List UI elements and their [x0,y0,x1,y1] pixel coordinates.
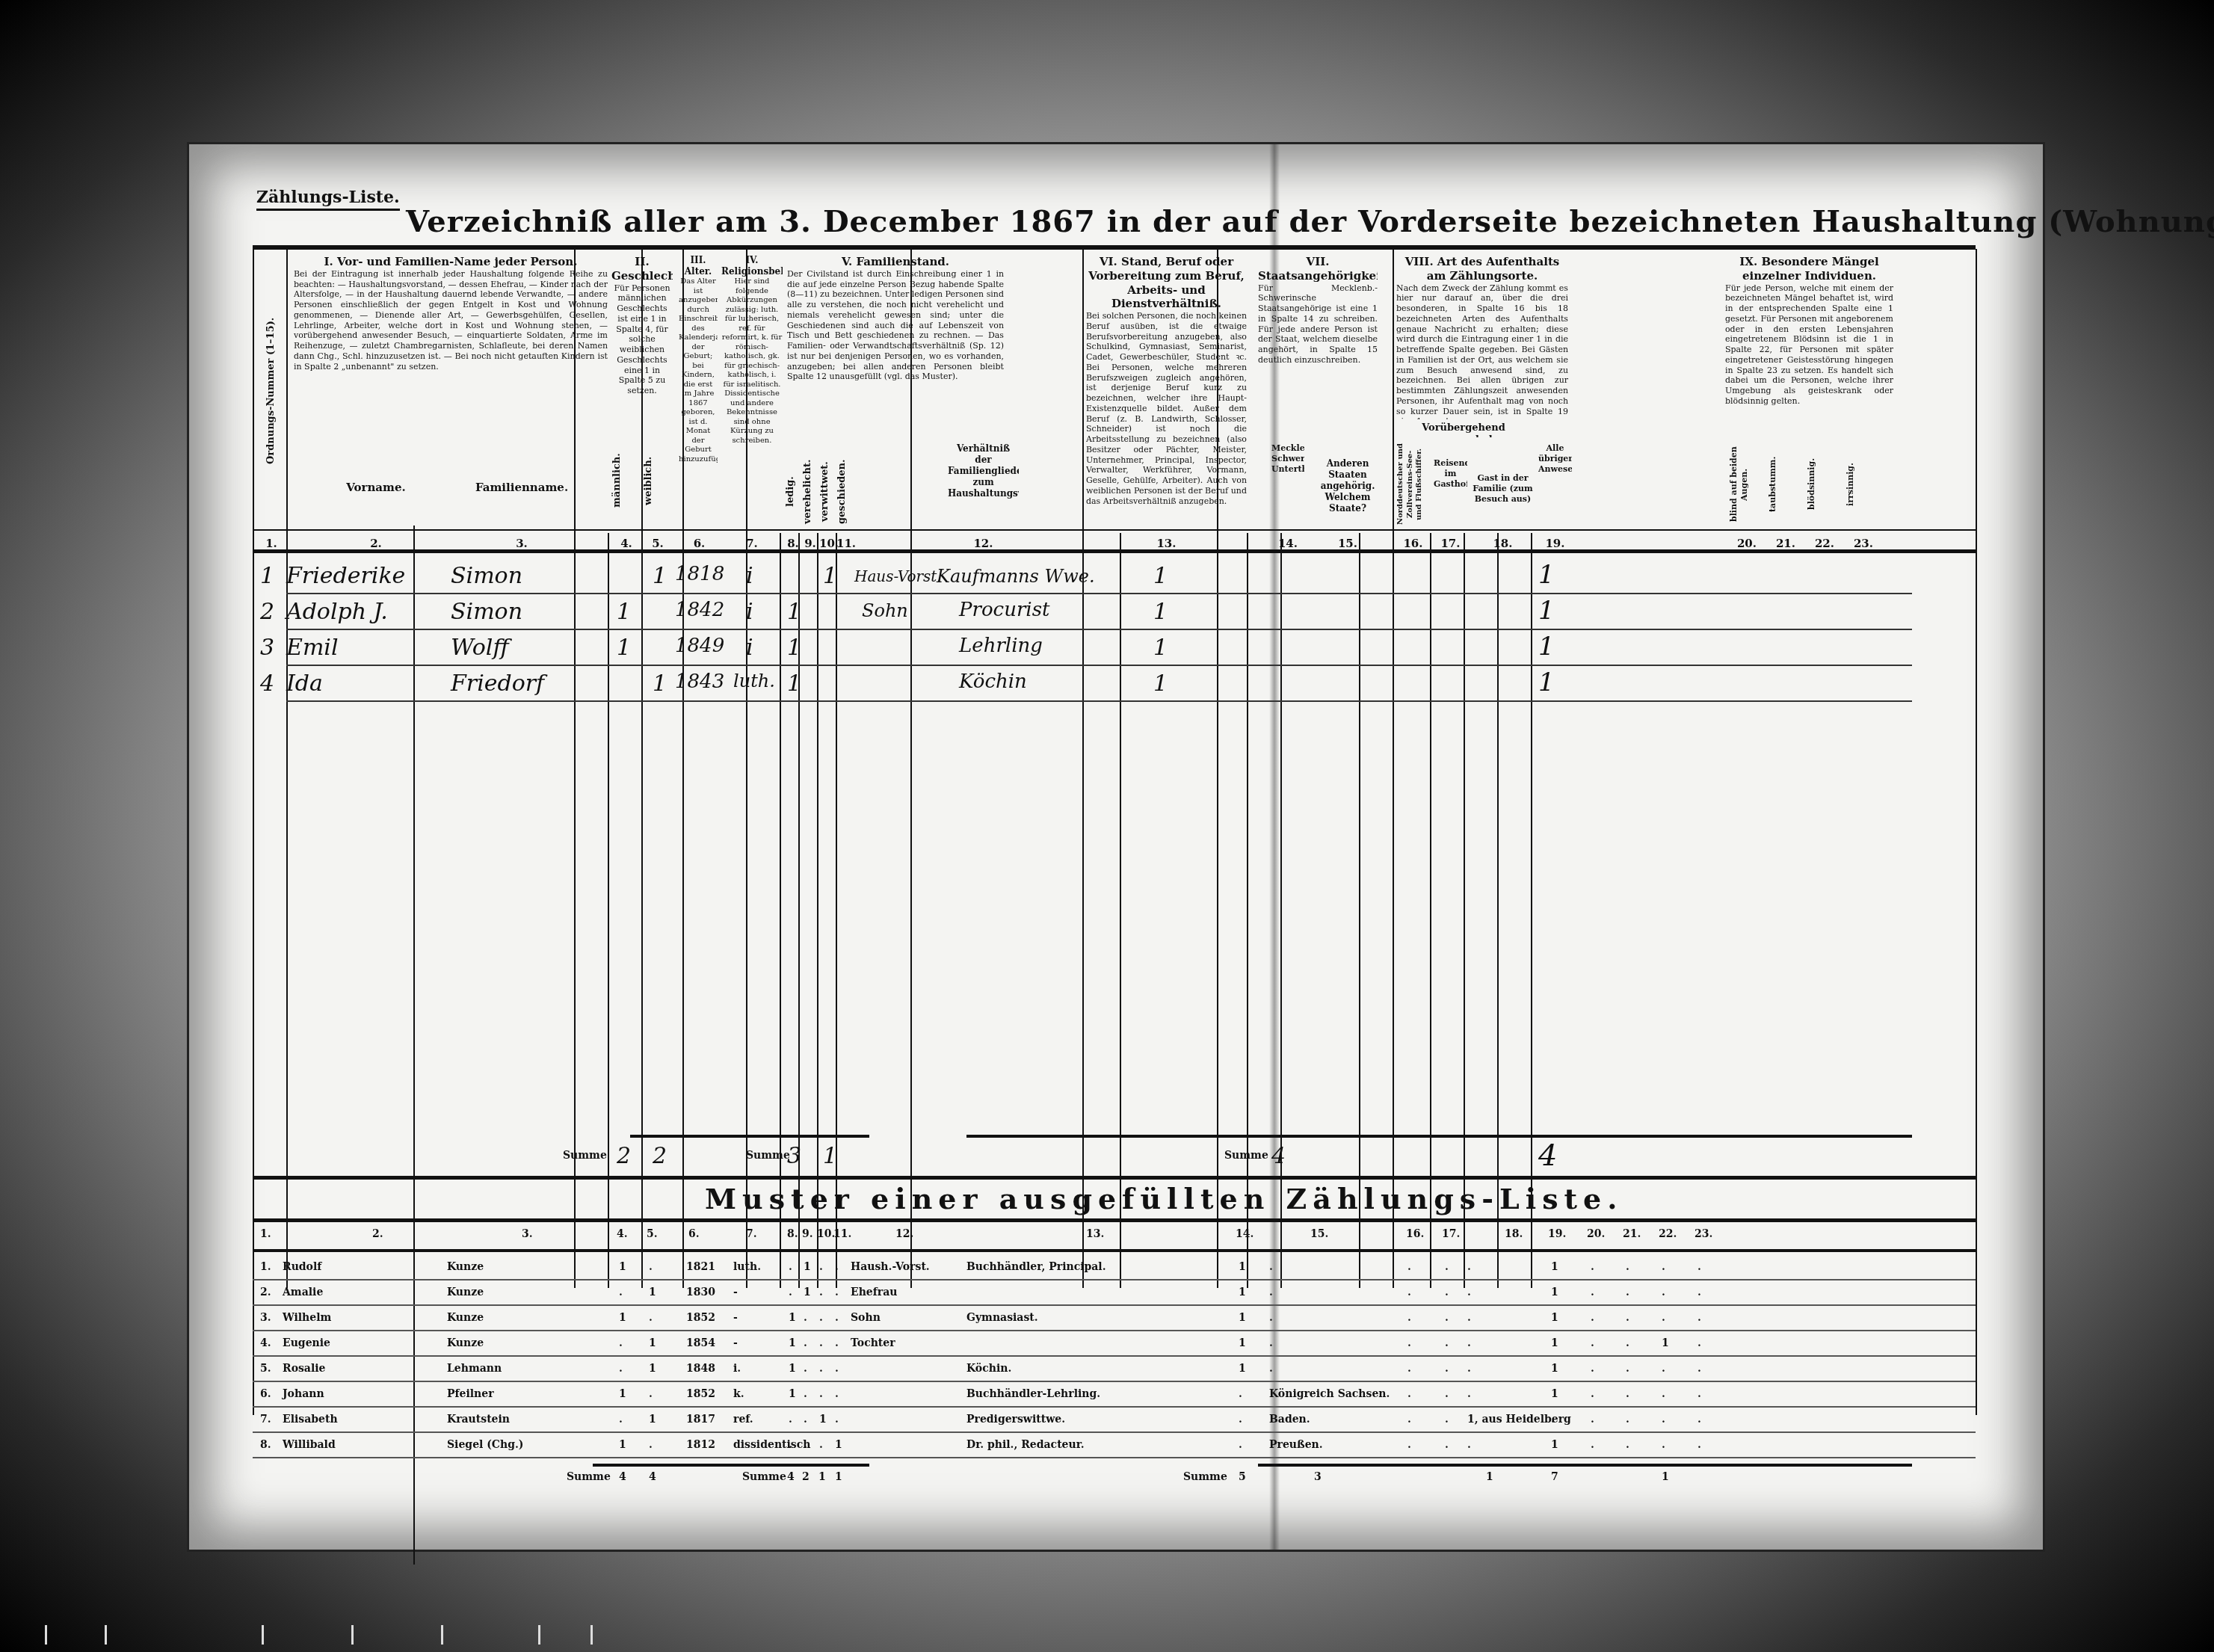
section-vi-text: Bei solchen Personen, die noch keinen Be… [1086,311,1247,506]
muster-total-w: 4 [649,1471,656,1483]
entry-familienname: Simon [451,599,522,625]
muster-cell-c8: 1 [789,1312,796,1324]
muster-cell-c9: . [804,1337,807,1349]
muster-cell-c16: . [1407,1312,1411,1324]
muster-cell-c15: Baden. [1269,1414,1310,1426]
colnum-10: 10. [819,537,836,550]
section-i-text: Bei der Eintragung ist innerhalb jeder H… [294,269,608,372]
section-i-title: I. Vor- und Familien-Name jeder Person. [294,255,608,269]
entry-ledig: 1 [787,671,801,697]
colnum-9: 9. [802,537,818,550]
muster-colnum-12: 12. [895,1228,913,1240]
colnum-16: 16. [1396,537,1430,550]
entry-beruf: Kaufmanns Wwe. [937,566,1095,587]
muster-cell-c13: Gymnasiast. [966,1312,1038,1324]
muster-cell-c8: . [789,1286,792,1298]
entry-religion: i [746,635,753,661]
muster-cell-c10: . [819,1337,823,1349]
entry-nr: 2 [260,599,274,625]
muster-cell-c8: . [789,1439,792,1451]
muster-cell-c9: . [804,1363,807,1375]
muster-cell-c20: . [1591,1388,1594,1400]
entry-geburt: 1843 [675,671,724,693]
muster-cell-c21: . [1626,1286,1629,1298]
entry-verwitwet: 1 [823,563,837,589]
muster-cell-religion: - [733,1286,738,1298]
muster-cell-c23: . [1697,1439,1701,1451]
subcol-mecklenburg: Mecklenburg-Schwerinscher Unterthan. [1271,443,1304,474]
muster-cell-familienname: Pfeilner [447,1388,494,1400]
muster-total-c22: 1 [1662,1471,1669,1483]
muster-cell-c18: . [1467,1388,1471,1400]
colnum-11: 11. [836,537,853,550]
muster-cell-c20: . [1591,1261,1594,1273]
entry-ledig: 1 [787,635,801,661]
subcol-verehelicht: verehelicht. [802,458,818,526]
entry-nr: 1 [260,563,274,589]
muster-cell-c9: 1 [804,1261,811,1273]
colnum-8: 8. [785,537,801,550]
muster-cell-c23: . [1697,1363,1701,1375]
section-viii-header: VIII. Art des Aufenthalts am Zählungsort… [1396,255,1568,419]
voruebergehend-subheader: Vorübergehend anwesend als: [1396,422,1531,437]
muster-total-m: 4 [619,1471,626,1483]
colnum-12: 12. [948,537,1019,550]
muster-cell-religion: - [733,1337,738,1349]
subcol-ledig: ledig. [785,458,801,526]
muster-cell-c9: . [804,1312,807,1324]
muster-cell-c14: 1 [1239,1261,1246,1273]
muster-cell-c16: . [1407,1414,1411,1426]
muster-cell-geburt: 1852 [686,1388,715,1400]
census-form-page: Zählungs-Liste. Verzeichniß aller am 3. … [187,142,2045,1552]
muster-cell-geburt: 1821 [686,1261,715,1273]
total-ledig: 3 [787,1143,801,1169]
entry-geburt: 1849 [675,635,724,657]
muster-colnum-6: 6. [688,1228,700,1240]
muster-cell-c19: . [1551,1414,1555,1426]
total-maennlich: 2 [617,1143,631,1169]
muster-cell-c18: . [1467,1363,1471,1375]
entry-meckl: 1 [1153,563,1168,589]
muster-cell-c17: . [1445,1312,1449,1324]
ordnungs-nummer-header: Ordnungs-Nummer (1–15). [256,256,286,526]
muster-cell-vorname: Willibald [283,1439,336,1451]
muster-total-c15: 3 [1314,1471,1322,1483]
muster-total-c19: 7 [1551,1471,1558,1483]
muster-cell-geburt: 1817 [686,1414,715,1426]
muster-total-c10: 1 [818,1471,826,1483]
muster-cell-vorname: Johann [283,1388,324,1400]
muster-cell-c17: . [1445,1337,1449,1349]
muster-cell-vorname: Amalie [283,1286,323,1298]
muster-title: Muster einer ausgefüllten Zählungs-Liste… [705,1182,1623,1215]
muster-cell-c10: . [819,1439,823,1451]
entry-beruf: Procurist [959,599,1049,621]
subcol-vorname: Vorname. [309,481,443,495]
muster-cell-c23: . [1697,1388,1701,1400]
entry-familienname: Friedorf [451,671,544,697]
muster-cell-c20: . [1591,1363,1594,1375]
total-weiblich: 2 [653,1143,667,1169]
section-iii-text: Das Alter ist anzugeben durch Einschreib… [679,277,718,464]
muster-cell-c14: 1 [1239,1286,1246,1298]
muster-colnum-20: 20. [1587,1228,1605,1240]
row-divider [253,1431,1976,1433]
section-vii-title: VII. Staatsangehörigkeit. [1258,255,1378,283]
colnum-6: 6. [679,537,720,550]
muster-cell-c15: . [1269,1286,1273,1298]
entry-vorname: Friederike [286,563,405,589]
muster-cell-c16: . [1407,1439,1411,1451]
muster-cell-c21: . [1626,1261,1629,1273]
muster-cell-c18: . [1467,1261,1471,1273]
entry-weiblich: 1 [653,671,667,697]
muster-cell-c17: . [1445,1414,1449,1426]
muster-cell-w: 1 [649,1414,656,1426]
colnum-3: 3. [447,537,596,550]
colnum-5: 5. [643,537,673,550]
muster-cell-c8: 1 [789,1337,796,1349]
muster-cell-c11: . [835,1337,839,1349]
entry-meckl: 1 [1153,671,1168,697]
muster-cell-w: . [649,1312,653,1324]
muster-cell-c19: 1 [1551,1312,1558,1324]
muster-cell-c18: . [1467,1439,1471,1451]
muster-cell-c13: Dr. phil., Redacteur. [966,1439,1085,1451]
muster-total-c8: 4 [787,1471,795,1483]
muster-cell-c23: . [1697,1312,1701,1324]
muster-cell-c21: . [1626,1337,1629,1349]
entry-familienname: Wolff [451,635,509,661]
entry-religion: luth. [733,671,775,691]
muster-cell-c15: Königreich Sachsen. [1269,1388,1390,1400]
muster-total-c9: 2 [802,1471,810,1483]
muster-cell-c22: . [1662,1286,1665,1298]
entry-verhaeltnis: Sohn [862,600,908,621]
entry-nr: 4 [260,671,274,697]
muster-cell-geburt: 1812 [686,1439,715,1451]
subcol-weiblich: weiblich. [643,443,673,518]
muster-cell-c14: 1 [1239,1337,1246,1349]
subcol-blind: blind auf beiden Augen. [1729,443,1765,526]
muster-cell-vorname: Eugenie [283,1337,330,1349]
muster-cell-c10: . [819,1363,823,1375]
muster-total-c14: 5 [1239,1471,1246,1483]
entry-geburt: 1842 [675,599,724,621]
muster-cell-c8: . [789,1261,792,1273]
muster-colnum-8: 8. [787,1228,798,1240]
muster-cell-c15: Preußen. [1269,1439,1323,1451]
muster-cell-c15: . [1269,1261,1273,1273]
subcol-bloedsinnig: blödsinnig. [1807,443,1843,526]
muster-cell-c14: . [1239,1414,1242,1426]
muster-cell-c21: . [1626,1363,1629,1375]
colnum-23: 23. [1845,537,1881,550]
entry-vorname: Adolph J. [286,599,388,625]
muster-cell-c11: . [835,1388,839,1400]
muster-cell-religion: dissidentisch [733,1439,810,1451]
colnum-14: 14. [1271,537,1304,550]
muster-cell-m: 1 [619,1312,626,1324]
muster-cell-nr: 4. [260,1337,271,1349]
muster-colnum-13: 13. [1086,1228,1104,1240]
muster-cell-familienname: Kunze [447,1312,484,1324]
row-divider [253,1457,1976,1458]
muster-cell-w: . [649,1261,653,1273]
section-ii-title: II. Geschlecht. [611,255,673,283]
subcol-reisender: Reisender im Gasthof. [1434,458,1467,489]
colnum-4: 4. [611,537,641,550]
muster-cell-c22: . [1662,1261,1665,1273]
muster-cell-familienname: Kunze [447,1286,484,1298]
entry-religion: i [746,599,753,625]
muster-colnum-2: 2. [372,1228,383,1240]
muster-cell-c18: 1, aus Heidelberg [1467,1414,1571,1426]
muster-cell-m: 1 [619,1261,626,1273]
muster-cell-w: . [649,1388,653,1400]
colnum-22: 22. [1807,537,1843,550]
muster-colnum-3: 3. [522,1228,533,1240]
row-divider [253,1279,1976,1280]
row-divider [253,1406,1976,1408]
entry-c19: 1 [1538,632,1555,662]
entry-maennlich: 1 [617,599,631,625]
muster-cell-vorname: Rudolf [283,1261,321,1273]
muster-cell-religion: i. [733,1363,741,1375]
muster-cell-c16: . [1407,1286,1411,1298]
colnum-1: 1. [256,537,286,550]
muster-cell-c16: . [1407,1388,1411,1400]
muster-cell-c17: . [1445,1388,1449,1400]
subcol-familienname: Familienname. [447,481,596,495]
subcol-taubstumm: taubstumm. [1768,443,1804,526]
muster-cell-familienname: Krautstein [447,1414,510,1426]
section-v-title: V. Familienstand. [787,255,1004,269]
muster-cell-nr: 5. [260,1363,271,1375]
muster-colnum-17: 17. [1442,1228,1460,1240]
entry-familienname: Simon [451,563,522,589]
muster-cell-c21: . [1626,1439,1629,1451]
section-viii-text: Nach dem Zweck der Zählung kommt es hier… [1396,283,1568,420]
muster-cell-c22: . [1662,1312,1665,1324]
colnum-19: 19. [1538,537,1572,550]
muster-cell-c9: . [804,1439,807,1451]
row-divider [253,1330,1976,1331]
section-iv-text: Hier sind folgende Abkürzungen zulässig:… [721,277,783,446]
muster-cell-c16: . [1407,1363,1411,1375]
muster-cell-m: . [619,1286,623,1298]
muster-cell-c12: Tochter [851,1337,895,1349]
muster-cell-w: . [649,1439,653,1451]
total-c19: 4 [1538,1138,1557,1173]
section-vi-header: VI. Stand, Beruf oder Vorbereitung zum B… [1086,255,1247,531]
entry-c19: 1 [1538,560,1555,590]
muster-cell-c23: . [1697,1286,1701,1298]
muster-cell-w: 1 [649,1286,656,1298]
muster-cell-familienname: Lehmann [447,1363,502,1375]
muster-cell-religion: k. [733,1388,744,1400]
muster-cell-c10: . [819,1312,823,1324]
entry-meckl: 1 [1153,635,1168,661]
muster-cell-c10: . [819,1286,823,1298]
row-divider [253,1304,1976,1306]
muster-cell-nr: 2. [260,1286,271,1298]
subcol-irrsinnig: irrsinnig. [1845,443,1881,526]
subcol-maennlich: männlich. [611,443,641,518]
muster-cell-c14: . [1239,1388,1242,1400]
muster-colnum-16: 16. [1406,1228,1424,1240]
muster-cell-c17: . [1445,1261,1449,1273]
colnum-15: 15. [1307,537,1389,550]
section-ix-title: IX. Besondere Mängel einzelner Individue… [1725,255,1893,283]
colnum-13: 13. [1086,537,1247,550]
muster-cell-c19: 1 [1551,1286,1558,1298]
muster-cell-c10: 1 [819,1414,827,1426]
muster-cell-geburt: 1848 [686,1363,715,1375]
section-viii-title: VIII. Art des Aufenthalts am Zählungsort… [1396,255,1568,283]
muster-cell-familienname: Kunze [447,1261,484,1273]
scan-edge-marks [0,1607,2214,1652]
colnum-17: 17. [1434,537,1467,550]
entry-religion: i [746,563,753,589]
muster-cell-c13: Köchin. [966,1363,1011,1375]
muster-cell-vorname: Wilhelm [283,1312,331,1324]
colnum-20: 20. [1729,537,1765,550]
muster-cell-c21: . [1626,1414,1629,1426]
muster-total-c11: 1 [835,1471,842,1483]
muster-colnum-5: 5. [647,1228,658,1240]
entry-verhaeltnis: Haus-Vorst. [854,567,942,585]
muster-cell-w: 1 [649,1337,656,1349]
entry-beruf: Köchin [959,671,1027,693]
muster-cell-c23: . [1697,1261,1701,1273]
muster-cell-c12: Sohn [851,1312,881,1324]
subcol-gast: Gast in der Familie (zum Besuch aus) [1471,473,1535,504]
muster-cell-m: 1 [619,1388,626,1400]
section-vii-header: VII. Staatsangehörigkeit. Für Mecklenb.-… [1258,255,1378,427]
muster-cell-c11: 1 [835,1439,842,1451]
colnum-21: 21. [1768,537,1804,550]
section-vii-text: Für Mecklenb.-Schwerinsche Staatsangehör… [1258,283,1378,366]
muster-cell-c18: . [1467,1312,1471,1324]
muster-cell-c11: . [835,1261,839,1273]
section-iv-header: IV. Religionsbekenntniß. Hier sind folge… [721,255,783,531]
section-v-header: V. Familienstand. Der Civilstand ist dur… [787,255,1004,427]
muster-cell-c12: Ehefrau [851,1286,897,1298]
form-title: Verzeichniß aller am 3. December 1867 in… [406,204,2214,239]
subcol-schiffer: Norddeutscher und Zollvereins-See- und F… [1396,443,1430,526]
muster-cell-c14: 1 [1239,1312,1246,1324]
muster-cell-religion: luth. [733,1261,761,1273]
muster-cell-c16: . [1407,1261,1411,1273]
section-vi-title: VI. Stand, Beruf oder Vorbereitung zum B… [1086,255,1247,311]
total-meckl: 4 [1271,1143,1286,1169]
entry-vorname: Ida [286,671,323,697]
muster-cell-c20: . [1591,1439,1594,1451]
muster-cell-religion: ref. [733,1414,753,1426]
colnum-18: 18. [1471,537,1535,550]
muster-cell-c11: . [835,1286,839,1298]
muster-colnum-7: 7. [746,1228,757,1240]
muster-cell-c18: . [1467,1337,1471,1349]
entry-nr: 3 [260,635,274,661]
totals-label-3: Summe [1224,1150,1268,1162]
entry-c19: 1 [1538,668,1555,697]
muster-colnum-19: 19. [1548,1228,1566,1240]
entry-ledig: 1 [787,599,801,625]
muster-cell-c22: . [1662,1439,1665,1451]
muster-cell-c22: 1 [1662,1337,1669,1349]
row-divider [253,1355,1976,1357]
muster-colnum-18: 18. [1505,1228,1523,1240]
muster-cell-c20: . [1591,1312,1594,1324]
subcol-verhaeltnis: Verhältniß der Familienglieder zum Haush… [948,443,1019,499]
muster-colnum-23: 23. [1695,1228,1712,1240]
muster-cell-c21: . [1626,1312,1629,1324]
muster-cell-c15: . [1269,1363,1273,1375]
muster-colnum-15: 15. [1310,1228,1328,1240]
muster-cell-geburt: 1830 [686,1286,715,1298]
muster-cell-c11: . [835,1414,839,1426]
muster-cell-c20: . [1591,1337,1594,1349]
muster-cell-c9: 1 [804,1286,811,1298]
muster-totals-label-2: Summe [742,1471,786,1483]
entry-geburt: 1818 [675,563,724,585]
muster-cell-c13: Buchhändler, Principal. [966,1261,1106,1273]
colnum-2: 2. [309,537,443,550]
entry-c19: 1 [1538,596,1555,626]
muster-cell-c15: . [1269,1337,1273,1349]
totals-label-2: Summe [746,1150,790,1162]
muster-cell-religion: - [733,1312,738,1324]
subcol-alle-uebrigen: Alle übrigen Anwesenden. [1538,443,1572,474]
muster-cell-familienname: Kunze [447,1337,484,1349]
muster-cell-c17: . [1445,1363,1449,1375]
muster-colnum-10: 10. [817,1228,835,1240]
muster-cell-c10: . [819,1261,823,1273]
muster-cell-c22: . [1662,1414,1665,1426]
muster-colnum-1: 1. [260,1228,271,1240]
muster-colnum-9: 9. [802,1228,813,1240]
muster-cell-c11: . [835,1363,839,1375]
muster-cell-c17: . [1445,1439,1449,1451]
muster-cell-c21: . [1626,1388,1629,1400]
muster-cell-m: . [619,1363,623,1375]
section-iv-title: IV. Religionsbekenntniß. [721,255,783,277]
muster-colnum-4: 4. [617,1228,628,1240]
muster-cell-c8: 1 [789,1363,796,1375]
muster-cell-c19: 1 [1551,1363,1558,1375]
muster-cell-c14: 1 [1239,1363,1246,1375]
muster-cell-c18: . [1467,1286,1471,1298]
muster-cell-c11: . [835,1312,839,1324]
muster-colnum-22: 22. [1659,1228,1677,1240]
entry-weiblich: 1 [653,563,667,589]
muster-cell-nr: 8. [260,1439,271,1451]
muster-cell-c13: Predigerswittwe. [966,1414,1065,1426]
muster-cell-nr: 7. [260,1414,271,1426]
muster-cell-m: 1 [619,1439,626,1451]
muster-cell-c9: . [804,1414,807,1426]
muster-cell-familienname: Siegel (Chg.) [447,1439,523,1451]
muster-cell-nr: 6. [260,1388,271,1400]
muster-cell-w: 1 [649,1363,656,1375]
muster-cell-geburt: 1852 [686,1312,715,1324]
list-label: Zählungs-Liste. [256,188,400,211]
entry-beruf: Lehrling [959,635,1043,657]
muster-cell-c9: . [804,1388,807,1400]
